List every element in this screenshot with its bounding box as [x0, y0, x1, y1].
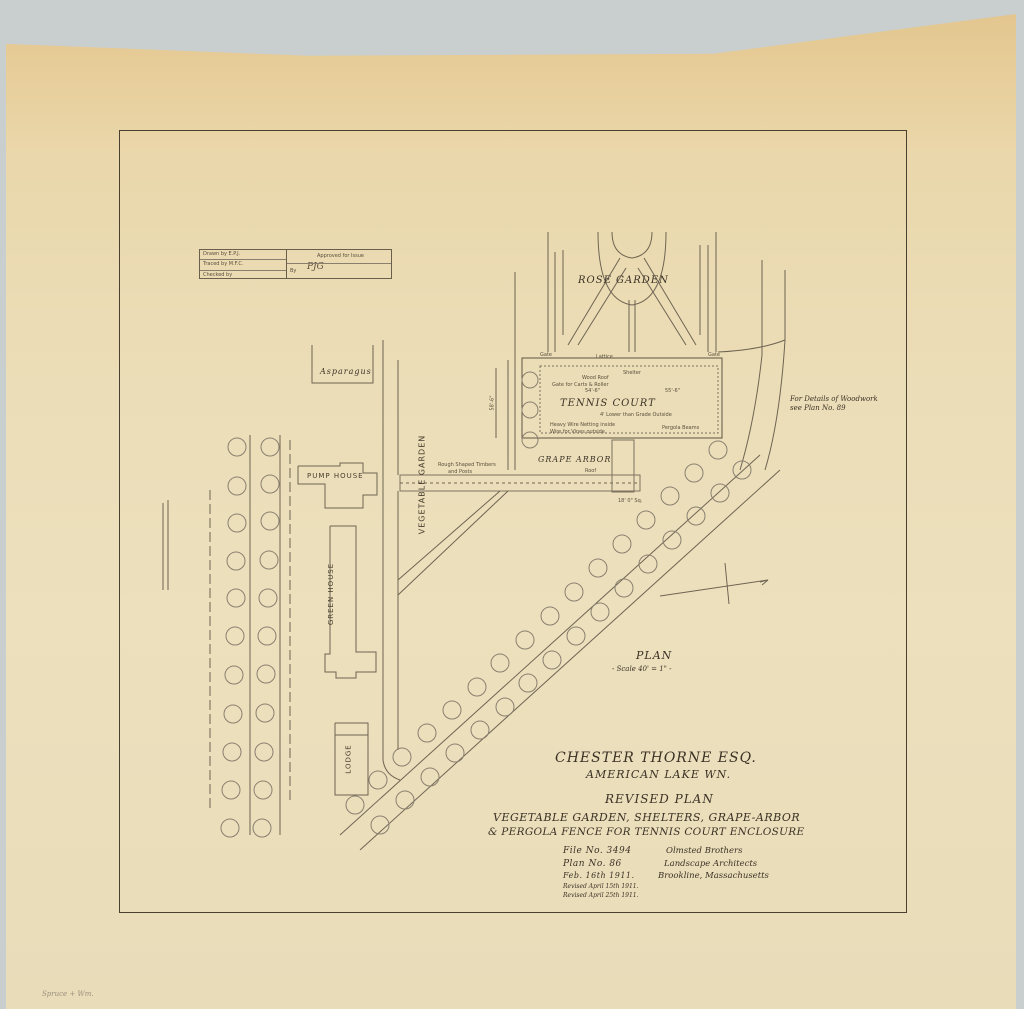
label-wire-note: Heavy Wire Netting inside — [550, 422, 615, 428]
revision-1: Revised April 15th 1911. — [563, 883, 639, 890]
subject-line-1: VEGETABLE GARDEN, SHELTERS, GRAPE-ARBOR — [493, 811, 800, 824]
label-vegetable-garden: VEGETABLE GARDEN — [417, 435, 426, 535]
label-tennis-note: 4' Lower than Grade Outside — [600, 412, 672, 418]
plan-scale: - Scale 40' = 1" - — [612, 665, 672, 673]
plan-number: Plan No. 86 — [563, 859, 622, 869]
label-timbers-note-2: and Posts — [448, 469, 472, 475]
label-roof: Roof — [585, 468, 596, 474]
label-tennis-court: TENNIS COURT — [560, 398, 656, 409]
file-number: File No. 3494 — [563, 846, 631, 856]
label-asparagus: Asparagus — [320, 367, 372, 376]
label-gate-carts: Gate for Carts & Roller — [552, 382, 609, 388]
label-dim-side: 58'-6" — [490, 395, 496, 410]
firm-name: Olmsted Brothers — [666, 846, 742, 856]
label-timbers-note: Rough Shaped Timbers — [438, 462, 496, 468]
label-green-house: GREEN HOUSE — [327, 563, 335, 625]
label-rose-garden: ROSE GARDEN — [578, 275, 669, 286]
label-grape-arbor: GRAPE ARBOR — [538, 455, 611, 464]
site-plan-drawing — [0, 0, 1024, 1009]
plan-label: PLAN — [636, 649, 672, 662]
firm-location: Brookline, Massachusetts — [658, 871, 769, 881]
label-dim-left: 54'-6" — [585, 388, 600, 394]
revision-2: Revised April 25th 1911. — [563, 892, 639, 899]
label-pump-house: PUMP HOUSE — [307, 472, 364, 480]
margin-pencil-note: Spruce + Wm. — [42, 990, 94, 998]
plan-date: Feb. 16th 1911. — [563, 871, 635, 880]
client-name: CHESTER THORNE ESQ. — [555, 750, 757, 766]
label-lattice: Lattice — [596, 354, 613, 360]
label-gate-left: Gate — [540, 352, 552, 358]
client-location: AMERICAN LAKE WN. — [586, 768, 731, 781]
label-pergola-beams: Pergola Beams — [662, 425, 699, 431]
subject-line-2: & PERGOLA FENCE FOR TENNIS COURT ENCLOSU… — [488, 826, 804, 838]
woodwork-plan-ref: see Plan No. 89 — [790, 404, 846, 412]
firm-title: Landscape Architects — [664, 859, 757, 869]
woodwork-note: For Details of Woodwork — [790, 395, 878, 403]
label-wood-roof: Wood Roof — [582, 375, 609, 381]
label-gate-right: Gate — [708, 352, 720, 358]
label-shelter: Shelter — [623, 370, 641, 376]
label-wire-note-2: Wire for Vines outside — [550, 429, 605, 435]
plan-type: REVISED PLAN — [605, 792, 714, 806]
label-dim-right: 55'-6" — [665, 388, 680, 394]
label-arbor-dim: 18' 0" Sq. — [618, 498, 642, 504]
label-lodge: LODGE — [345, 744, 353, 773]
